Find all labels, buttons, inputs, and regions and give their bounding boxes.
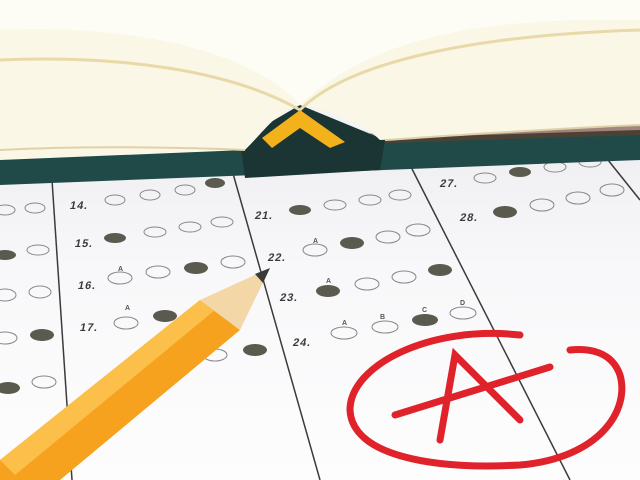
open-book (0, 0, 640, 185)
option-letter: A (342, 320, 347, 327)
option-letter: B (380, 314, 385, 321)
scene-graphics (0, 0, 640, 480)
question-number: 21. (254, 210, 275, 222)
bubbles-column-3 (474, 157, 624, 218)
grade-mark (350, 333, 622, 465)
option-letter: C (422, 307, 427, 314)
question-number: 23. (279, 292, 300, 304)
question-number: 16. (77, 280, 98, 292)
option-letter: A (118, 266, 123, 273)
pencil (0, 268, 270, 480)
question-number: 24. (292, 337, 313, 349)
option-letter: A (326, 278, 331, 285)
question-number: 22. (267, 252, 288, 264)
question-number: 17. (79, 322, 100, 334)
question-number: 28. (459, 212, 480, 224)
option-letter: A (313, 238, 318, 245)
question-number: 27. (439, 178, 460, 190)
question-number: 15. (74, 238, 95, 250)
column-dividers (52, 150, 640, 480)
question-number: 14. (69, 200, 90, 212)
option-letter: D (460, 300, 465, 307)
photo-scene: 14. 15. 16. 17. 21. 22. 23. 24. 27. 28. … (0, 0, 640, 480)
option-letter: A (125, 305, 130, 312)
